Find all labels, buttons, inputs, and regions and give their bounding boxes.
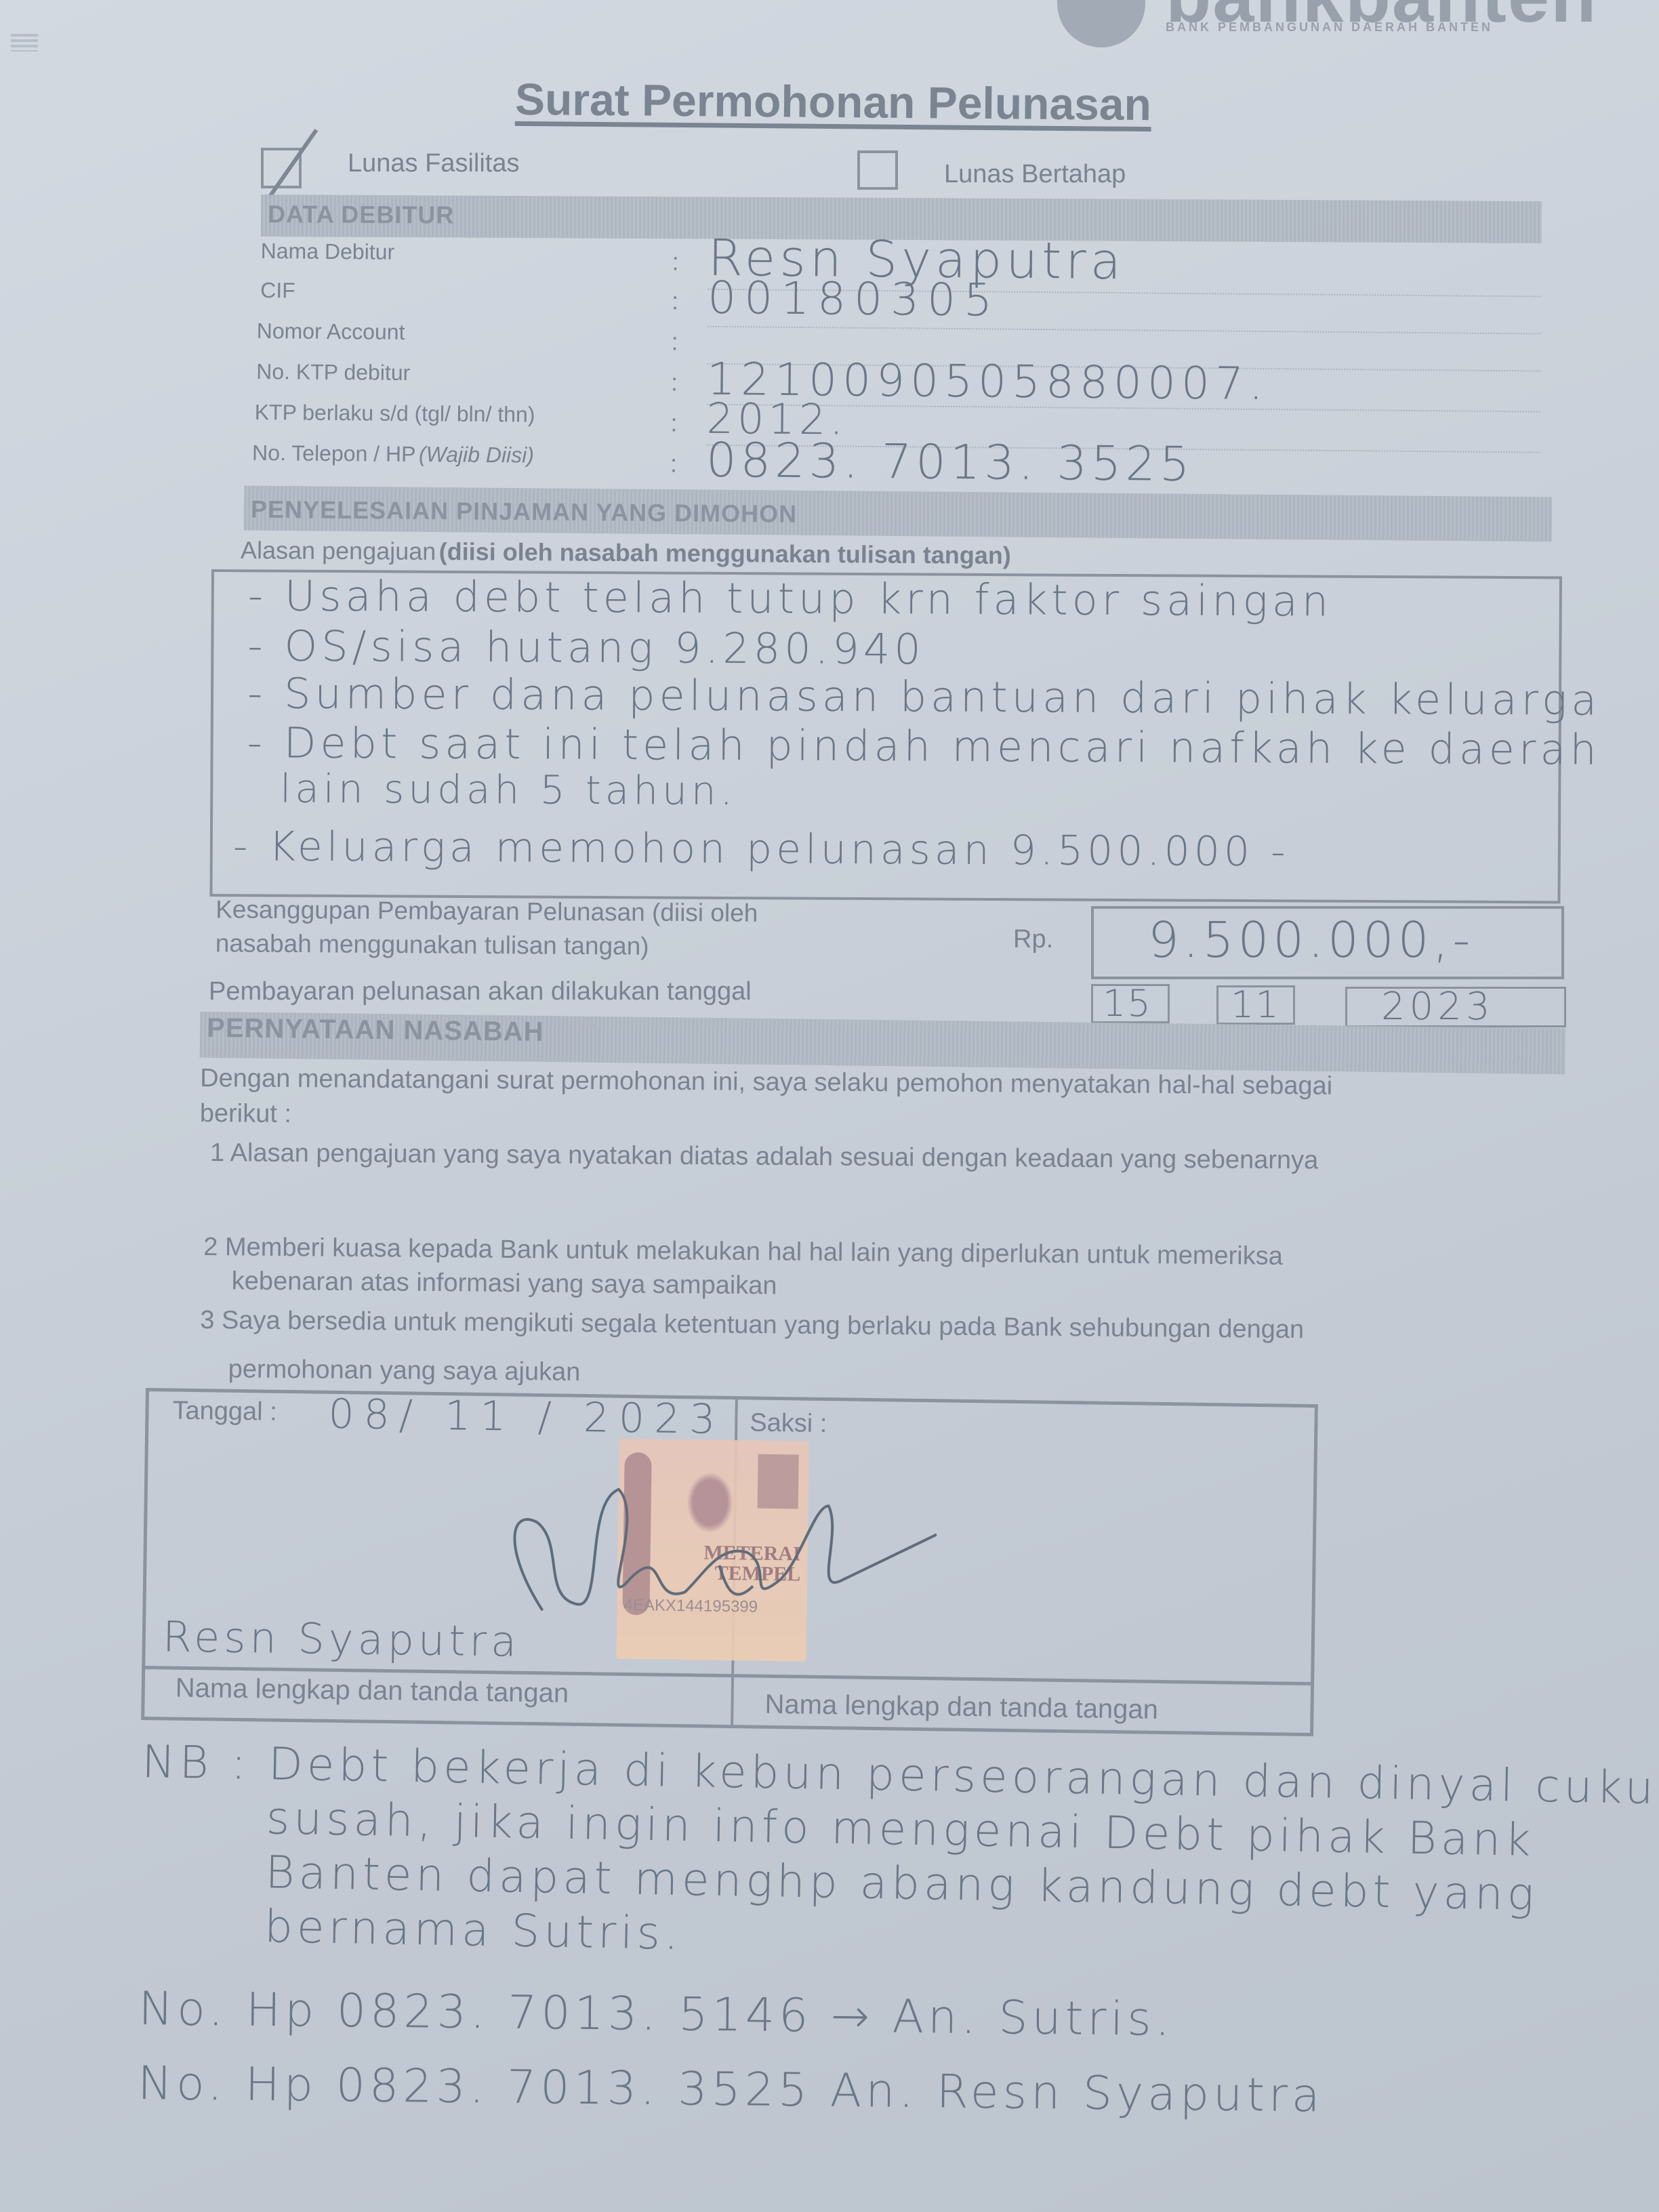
field-value-cif[interactable]: 00180305 — [708, 272, 1001, 327]
page-title: Surat Permohonan Pelunasan — [515, 73, 1152, 130]
label-text: No. Telepon / HP — [252, 441, 416, 466]
option-label: Lunas Bertahap — [944, 160, 1126, 189]
item-number: 1 — [210, 1139, 224, 1167]
checkbox-unchecked[interactable] — [857, 150, 898, 190]
reason-line: - Usaha debt telah tutup krn faktor sain… — [248, 571, 1333, 626]
payment-month-field[interactable]: 11 — [1216, 985, 1295, 1025]
ability-amount: 9.500.000,- — [1148, 912, 1474, 968]
field-label-ktp: No. KTP debitur — [256, 359, 410, 386]
caption-right: Nama lengkap dan tanda tangan — [764, 1689, 1158, 1725]
item-number: 3 — [200, 1306, 215, 1334]
pernyataan-item-1: 1 Alasan pengajuan yang saya nyatakan di… — [210, 1139, 1319, 1175]
field-label-ktp-berlaku: KTP berlaku s/d (tgl/ bln/ thn) — [254, 400, 535, 428]
colon: : — [671, 368, 678, 396]
reason-textarea[interactable]: - Usaha debt telah tutup krn faktor sain… — [209, 569, 1562, 903]
debitur-fields: Nama Debitur : Resn Syaputra CIF : 00180… — [255, 230, 1545, 513]
field-value-telepon[interactable]: 0823. 7013. 3525 — [706, 432, 1194, 492]
payment-month: 11 — [1231, 983, 1280, 1026]
colon: : — [670, 409, 677, 437]
handwritten-notes: NB : Debt bekerja di kebun perseorangan … — [138, 1735, 1659, 1978]
date-label: Tanggal : — [172, 1397, 277, 1427]
caption-left: Nama lengkap dan tanda tangan — [176, 1673, 569, 1709]
reason-line: - Sumber dana pelunasan bantuan dari pih… — [247, 668, 1601, 724]
label-note: (Wajib Diisi) — [419, 442, 534, 467]
field-label-account: Nomor Account — [257, 319, 405, 345]
currency-label: Rp. — [1013, 925, 1053, 954]
field-label-nama: Nama Debitur — [261, 239, 395, 265]
reason-label: Alasan pengajuan (diisi oleh nasabah men… — [241, 536, 1011, 570]
payment-year-field[interactable]: 2023 — [1345, 987, 1566, 1027]
colon: : — [672, 247, 678, 276]
item-text: Alasan pengajuan yang saya nyatakan diat… — [230, 1139, 1318, 1174]
item-number: 2 — [203, 1233, 218, 1261]
signature-scribble — [461, 1474, 938, 1657]
phone-line: No. Hp 0823. 7013. 3525 An. Resn Syaputr… — [138, 2047, 1324, 2133]
payment-year: 2023 — [1381, 985, 1494, 1029]
reason-line: - OS/sisa hutang 9.280.940 — [247, 621, 925, 674]
dotted-line — [708, 326, 1541, 335]
reason-line: - Keluarga memohon pelunasan 9.500.000 - — [233, 823, 1290, 876]
ability-amount-field[interactable]: 9.500.000,- — [1091, 906, 1564, 979]
item-text: Saya bersedia untuk mengikuti segala ket… — [222, 1306, 1304, 1344]
ability-label-line1: Kesanggupan Pembayaran Pelunasan (diisi … — [216, 893, 758, 930]
pernyataan-item-3: 3 Saya bersedia untuk mengikuti segala k… — [199, 1296, 1304, 1403]
reason-label-text: Alasan pengajuan — [241, 536, 436, 565]
payment-day-field[interactable]: 15 — [1091, 984, 1170, 1023]
field-label-telepon: No. Telepon / HP (Wajib Diisi) — [252, 441, 534, 468]
phone-line: No. Hp 0823. 7013. 5146 → An. Sutris. — [138, 1972, 1325, 2059]
ability-label-line2: nasabah menggunakan tulisan tangan) — [216, 926, 758, 964]
reason-line: lain sudah 5 tahun. — [247, 765, 737, 814]
signer-name[interactable]: Resn Syaputra — [162, 1612, 520, 1666]
colon: : — [671, 327, 678, 356]
signature-block: Tanggal : 08/ 11 / 2023 Saksi : METERAI … — [141, 1388, 1315, 1757]
ability-label: Kesanggupan Pembayaran Pelunasan (diisi … — [216, 893, 758, 964]
edge-mark — [11, 34, 38, 52]
option-label: Lunas Fasilitas — [348, 149, 519, 178]
reason-label-note: (diisi oleh nasabah menggunakan tulisan … — [439, 537, 1011, 569]
signature-date[interactable]: 08/ 11 / 2023 — [328, 1391, 725, 1443]
field-label-cif: CIF — [260, 278, 295, 303]
witness-label: Saksi : — [750, 1408, 827, 1439]
colon: : — [670, 449, 677, 478]
colon: : — [672, 287, 678, 315]
payment-date-label: Pembayaran pelunasan akan dilakukan tang… — [209, 977, 752, 1006]
pernyataan-item-2: 2 Memberi kuasa kepada Bank untuk melaku… — [203, 1230, 1284, 1307]
bank-logo: bankbanten BANK PEMBANGUNAN DAERAH BANTE… — [1050, 0, 1593, 47]
bank-banten-swoosh-icon — [1057, 0, 1145, 47]
payment-day: 15 — [1103, 982, 1152, 1025]
pernyataan-intro: Dengan menandatangani surat permohonan i… — [200, 1061, 1333, 1139]
contact-phones: No. Hp 0823. 7013. 5146 → An. Sutris. No… — [138, 1972, 1326, 2133]
logo-tagline: BANK PEMBANGUNAN DAERAH BANTEN — [1166, 20, 1493, 35]
